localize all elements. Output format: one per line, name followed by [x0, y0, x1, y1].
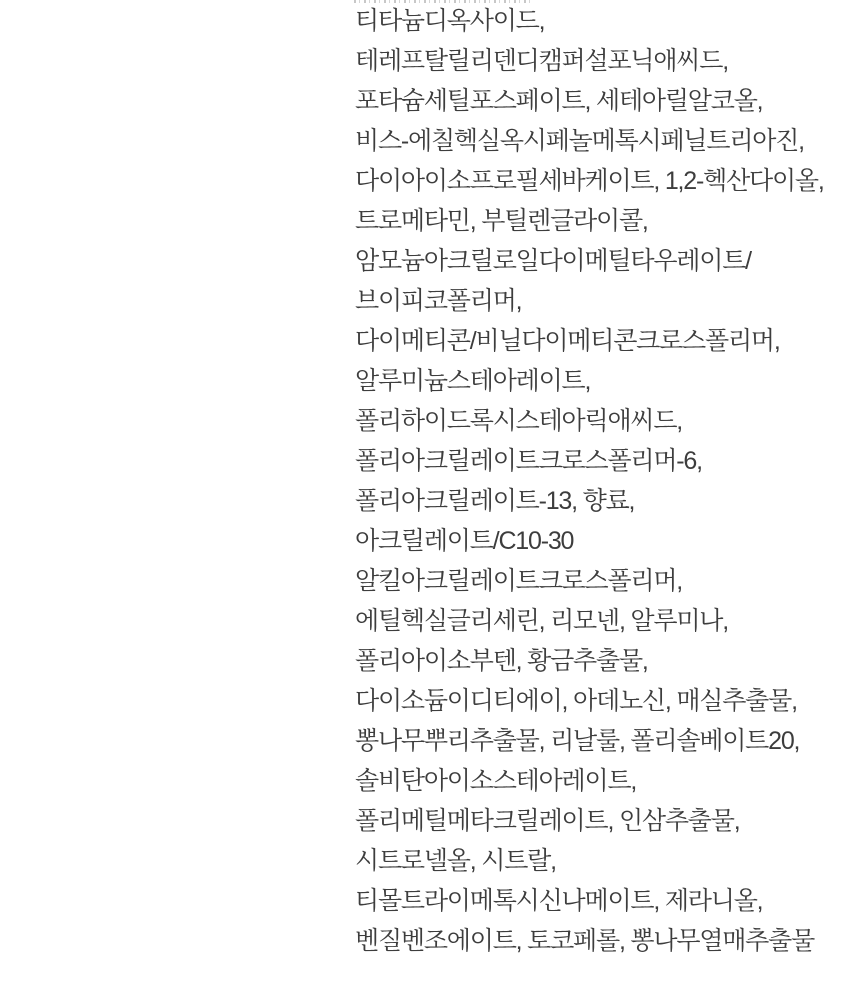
ingredient-line: 비스-에칠헥실옥시페놀메톡시페닐트리아진, — [355, 121, 835, 161]
ingredient-line: 솔비탄아이소스테아레이트, — [355, 761, 835, 801]
ingredient-line: 시트로넬올, 시트랄, — [355, 841, 835, 881]
ingredient-line: 암모늄아크릴로일다이메틸타우레이트/ — [355, 241, 835, 281]
ingredient-line: 알루미늄스테아레이트, — [355, 361, 835, 401]
ingredient-line: 폴리아크릴레이트-13, 향료, — [355, 481, 835, 521]
ingredient-line: 트로메타민, 부틸렌글라이콜, — [355, 201, 835, 241]
ingredient-line: 폴리하이드록시스테아릭애씨드, — [355, 401, 835, 441]
ingredient-line: 폴리아크릴레이트크로스폴리머-6, — [355, 441, 835, 481]
ingredient-line: 에틸헥실글리세린, 리모넨, 알루미나, — [355, 601, 835, 641]
ingredient-line: 다이소듐이디티에이, 아데노신, 매실추출물, — [355, 681, 835, 721]
ingredient-line: 포타슘세틸포스페이트, 세테아릴알코올, — [355, 81, 835, 121]
ingredient-line: 폴리메틸메타크릴레이트, 인삼추출물, — [355, 801, 835, 841]
ingredient-line: 벤질벤조에이트, 토코페롤, 뽕나무열매추출물 — [355, 921, 835, 961]
ingredient-line: 티타늄디옥사이드, — [355, 1, 835, 41]
product-ingredients-image: 티타늄디옥사이드, 테레프탈릴리덴디캠퍼설포닉애씨드, 포타슘세틸포스페이트, … — [0, 0, 860, 985]
ingredient-line: 알킬아크릴레이트크로스폴리머, — [355, 561, 835, 601]
ingredient-list: 티타늄디옥사이드, 테레프탈릴리덴디캠퍼설포닉애씨드, 포타슘세틸포스페이트, … — [355, 1, 835, 961]
ingredient-line: 다이아이소프로필세바케이트, 1,2-헥산다이올, — [355, 161, 835, 201]
ingredient-line: 아크릴레이트/C10-30 — [355, 521, 835, 561]
ingredient-line: 다이메티콘/비닐다이메티콘크로스폴리머, — [355, 321, 835, 361]
ingredient-line: 테레프탈릴리덴디캠퍼설포닉애씨드, — [355, 41, 835, 81]
ingredient-line: 폴리아이소부텐, 황금추출물, — [355, 641, 835, 681]
ingredient-line: 브이피코폴리머, — [355, 281, 835, 321]
ingredient-line: 뽕나무뿌리추출물, 리날룰, 폴리솔베이트20, — [355, 721, 835, 761]
ingredient-line: 티몰트라이메톡시신나메이트, 제라니올, — [355, 881, 835, 921]
